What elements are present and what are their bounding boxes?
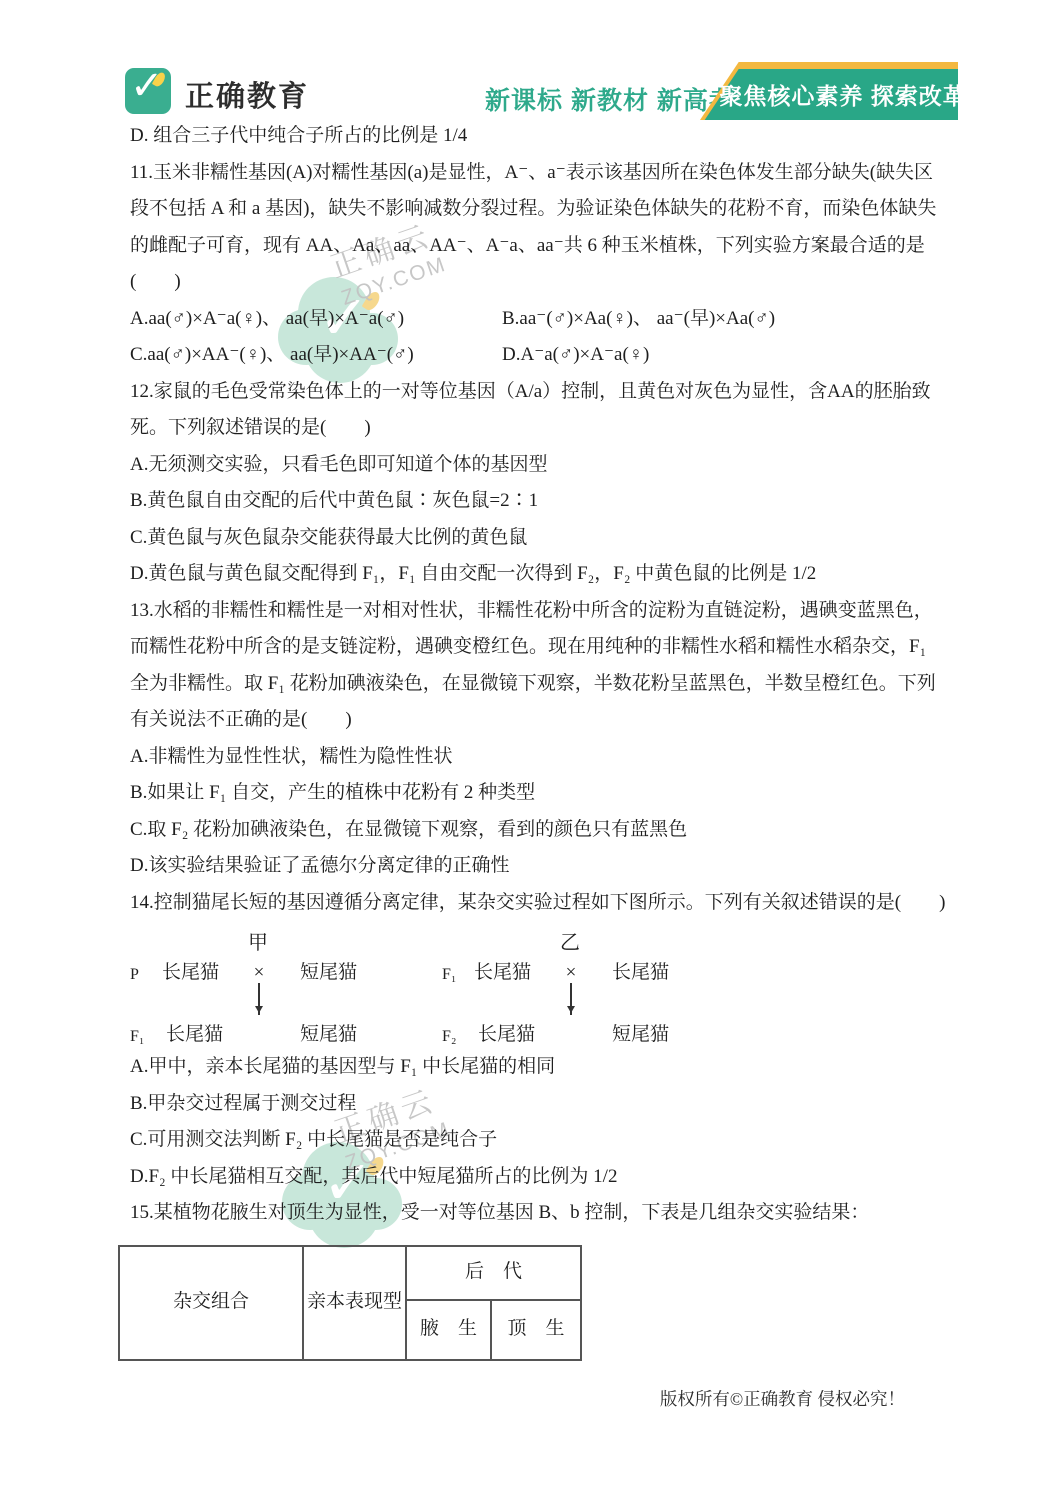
parent-phenotype: 长尾猫 bbox=[474, 955, 531, 992]
option-line: B.甲杂交过程属于测交过程 bbox=[130, 1086, 932, 1123]
generation-label: F₁ bbox=[442, 957, 456, 994]
option-line: D.该实验结果验证了孟德尔分离定律的正确性 bbox=[130, 848, 932, 885]
question-13-line: 全为非糯性。取 F₁ 花粉加碘液染色，在显微镜下观察，半数花粉呈蓝黑色，半数呈橙… bbox=[130, 666, 932, 703]
question-12-line: 死。下列叙述错误的是( ) bbox=[130, 410, 932, 447]
option-line: C.黄色鼠与灰色鼠杂交能获得最大比例的黄色鼠 bbox=[130, 520, 932, 557]
offspring-phenotype: 长尾猫 bbox=[166, 1017, 223, 1054]
header-badge: 聚焦核心素养 探索改革 bbox=[700, 62, 958, 120]
brand-logo: ✓ bbox=[125, 68, 171, 114]
offspring-phenotype: 短尾猫 bbox=[300, 1017, 357, 1054]
parent-phenotype: 长尾猫 bbox=[612, 955, 669, 992]
question-12-line: 12.家鼠的毛色受常染色体上的一对等位基因（A/a）控制，且黄色对灰色为显性，含… bbox=[130, 374, 932, 411]
option-line: A.甲中，亲本长尾猫的基因型与 F₁ 中长尾猫的相同 bbox=[130, 1049, 932, 1086]
question-13-line: 有关说法不正确的是( ) bbox=[130, 702, 932, 739]
exam-page-body: D. 组合三子代中纯合子所占的比例是 1/4 11.玉米非糯性基因(A)对糯性基… bbox=[130, 118, 932, 1361]
option-c: C.aa(♂)×AA⁻(♀)、 aa(早)×AA⁻(♂) bbox=[130, 337, 502, 374]
option-line: B.黄色鼠自由交配的后代中黄色鼠∶灰色鼠=2∶1 bbox=[130, 483, 932, 520]
table-header-offspring: 后 代 bbox=[406, 1246, 581, 1300]
option-b: B.aa⁻(♂)×Aa(♀)、 aa⁻(早)×Aa(♂) bbox=[502, 301, 775, 338]
question-13-line: 而糯性花粉中所含的是支链淀粉，遇碘变橙红色。现在用纯种的非糯性水稻和糯性水稻杂交… bbox=[130, 629, 932, 666]
table-header-parent-phenotype: 亲本表现型 bbox=[303, 1246, 406, 1360]
offspring-phenotype: 长尾猫 bbox=[478, 1017, 535, 1054]
option-line: D. 组合三子代中纯合子所占的比例是 1/4 bbox=[130, 118, 932, 155]
question-13-line: 13.水稻的非糯性和糯性是一对相对性状，非糯性花粉中所含的淀粉为直链淀粉，遇碘变… bbox=[130, 593, 932, 630]
table-header-terminal: 顶 生 bbox=[491, 1300, 581, 1360]
page-header: ✓ 正确教育 新课标 新教材 新高考 聚焦核心素养 探索改革 bbox=[125, 64, 985, 122]
table-header-cross-combination: 杂交组合 bbox=[119, 1246, 303, 1360]
badge-label: 聚焦核心素养 探索改革 bbox=[736, 69, 950, 120]
question-14-line: 14.控制猫尾长短的基因遵循分离定律，某杂交实验过程如下图所示。下列有关叙述错误… bbox=[130, 885, 932, 922]
option-line: D.黄色鼠与黄色鼠交配得到 F₁，F₁ 自由交配一次得到 F₂，F₂ 中黄色鼠的… bbox=[130, 556, 932, 593]
option-line: A.非糯性为显性性状，糯性为隐性性状 bbox=[130, 739, 932, 776]
option-line: B.如果让 F₁ 自交，产生的植株中花粉有 2 种类型 bbox=[130, 775, 932, 812]
arrow-down-icon bbox=[258, 983, 260, 1015]
option-line: C.取 F₂ 花粉加碘液染色，在显微镜下观察，看到的颜色只有蓝黑色 bbox=[130, 812, 932, 849]
question-11-options-row: A.aa(♂)×A⁻a(♀)、 aa(早)×A⁻a(♂) B.aa⁻(♂)×Aa… bbox=[130, 301, 932, 338]
brand-name: 正确教育 bbox=[185, 74, 309, 115]
diagram-group-jia: 甲 P 长尾猫 × 短尾猫 F₁ 长尾猫 短尾猫 bbox=[130, 929, 390, 1047]
option-line: A.无须测交实验，只看毛色即可知道个体的基因型 bbox=[130, 447, 932, 484]
option-d: D.A⁻a(♂)×A⁻a(♀) bbox=[502, 337, 649, 374]
table-header-axillary: 腋 生 bbox=[406, 1300, 491, 1360]
cross-results-table: 杂交组合 亲本表现型 后 代 腋 生 顶 生 bbox=[118, 1245, 582, 1361]
generation-label: P bbox=[130, 957, 139, 994]
header-tagline: 新课标 新教材 新高考 bbox=[485, 81, 735, 117]
question-11-options-row: C.aa(♂)×AA⁻(♀)、 aa(早)×AA⁻(♂) D.A⁻a(♂)×A⁻… bbox=[130, 337, 932, 374]
question-11-line: 段不包括 A 和 a 基因)，缺失不影响减数分裂过程。为验证染色体缺失的花粉不育… bbox=[130, 191, 932, 228]
copyright-footer: 版权所有©正确教育 侵权必究！ bbox=[0, 1386, 905, 1411]
question-11-line: ( ) bbox=[130, 264, 932, 301]
arrow-down-icon bbox=[570, 983, 572, 1015]
option-line: C.可用测交法判断 F₂ 中长尾猫是否是纯合子 bbox=[130, 1122, 932, 1159]
generation-label: F₁ bbox=[130, 1019, 144, 1056]
option-a: A.aa(♂)×A⁻a(♀)、 aa(早)×A⁻a(♂) bbox=[130, 301, 502, 338]
cross-breeding-diagram: 甲 P 长尾猫 × 短尾猫 F₁ 长尾猫 短尾猫 乙 F₁ 长尾猫 × 长尾猫 … bbox=[130, 929, 932, 1047]
question-15-line: 15.某植物花腋生对顶生为显性，受一对等位基因 B、b 控制，下表是几组杂交实验… bbox=[130, 1195, 932, 1232]
option-line: D.F₂ 中长尾猫相互交配，其后代中短尾猫所占的比例为 1/2 bbox=[130, 1159, 932, 1196]
parent-phenotype: 长尾猫 bbox=[162, 955, 219, 992]
parent-phenotype: 短尾猫 bbox=[300, 955, 357, 992]
offspring-phenotype: 短尾猫 bbox=[612, 1017, 669, 1054]
generation-label: F₂ bbox=[442, 1019, 456, 1056]
diagram-group-yi: 乙 F₁ 长尾猫 × 长尾猫 F₂ 长尾猫 短尾猫 bbox=[442, 929, 702, 1047]
question-11-line: 11.玉米非糯性基因(A)对糯性基因(a)是显性，A⁻、a⁻表示该基因所在染色体… bbox=[130, 155, 932, 192]
question-11-line: 的雌配子可育，现有 AA、Aa、aa、AA⁻、A⁻a、aa⁻共 6 种玉米植株，… bbox=[130, 228, 932, 265]
